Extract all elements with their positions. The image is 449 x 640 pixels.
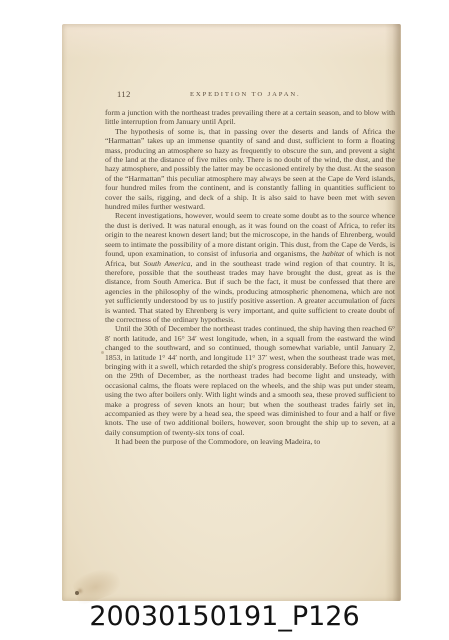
page-number: 112 [117,89,131,99]
ink-speck [75,591,79,595]
body-text: form a junction with the northeast trade… [105,108,395,447]
archive-id-caption: 20030150191_P126 [0,597,449,637]
scanned-book-photo: { "colors": { "backdrop": "#ffffff", "pa… [0,0,449,640]
paragraph: The hypothesis of some is, that in passi… [105,127,395,212]
running-title: EXPEDITION TO JAPAN. [190,91,301,98]
paragraph: Recent investigations, however, would se… [105,211,395,324]
paper-blemish [101,351,104,354]
book-page-scan: 112 EXPEDITION TO JAPAN. form a junction… [62,24,401,601]
paragraph: form a junction with the northeast trade… [105,108,395,127]
paragraph: It had been the purpose of the Commodore… [105,437,395,446]
paragraph: Until the 30th of December the northeast… [105,324,395,437]
